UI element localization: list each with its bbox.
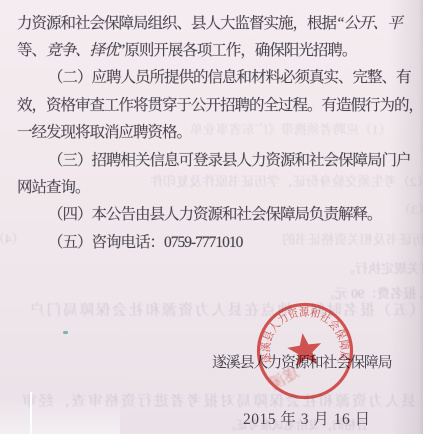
scanned-document-page: （1）应聘者须携带《广东省事业单（2）考生须交验身份证、学历证书原件及复印件（3… — [0, 0, 423, 434]
body-line-2: 等、竞争、择优”原则开展各项工作，确保阳光招聘。 — [17, 38, 356, 60]
bleedthrough-text-3: （3） — [398, 199, 423, 218]
body-text: （二）应聘人员所提供的信息和材料必须真实、完整、有 — [48, 69, 411, 86]
bleedthrough-text-1: （1）应聘者须携带《广东省事业单 — [190, 119, 392, 138]
body-line-1: 力资源和社会保障局组织、县人大监督实施，根据“公开、平 — [17, 11, 402, 33]
body-text: （三）招聘相关信息可登录县人力资源和社会保障局门户 — [48, 152, 411, 169]
official-seal: 遂溪县人力资源和社会保障局 — [251, 297, 359, 405]
body-text: 一经发现将取消应聘资格。 — [17, 124, 191, 141]
body-line-4: 效，资格审查工作将贯穿于公开招聘的全过程。有造假行为的， — [17, 93, 423, 115]
body-line-7: 网站查询。 — [17, 175, 90, 197]
body-text: （四）本公告由县人力资源和社会保障局负责解释。 — [48, 206, 382, 223]
scan-line-artifact — [30, 392, 32, 434]
body-text: 等、 — [17, 42, 46, 59]
emphasized-text: “公开、平 — [336, 15, 402, 32]
body-line-3: （二）应聘人员所提供的信息和材料必须真实、完整、有 — [48, 65, 411, 87]
bleedthrough-text-8: （五）报名时间、地点在县人力资源和社会保障局门户 — [28, 299, 423, 320]
body-line-6: （三）招聘相关信息可登录县人力资源和社会保障局门户 — [48, 148, 411, 170]
body-text: （五）咨询电话：0759-7771010 — [48, 234, 242, 251]
issue-date: 2015 年 3 月 16 日 — [243, 407, 371, 429]
bleedthrough-text-4: （4） — [0, 228, 25, 247]
bleedthrough-text-5: 2. 学历证书及相关资格证书的 — [282, 229, 423, 248]
bleedthrough-text-6: 有关规定执行。 — [342, 258, 423, 277]
ink-dot-artifact — [63, 331, 68, 334]
body-text: 网站查询。 — [17, 179, 90, 196]
body-text: 效，资格审查工作将贯穿于公开招聘的全过程。有造假行为的， — [17, 97, 423, 114]
body-line-5: 一经发现将取消应聘资格。 — [17, 120, 191, 142]
emphasized-text: 竞争、择优 — [46, 42, 119, 59]
body-line-9: （五）咨询电话：0759-7771010 — [48, 230, 242, 252]
body-text: 力资源和社会保障局组织、县人大监督实施，根据 — [17, 15, 336, 32]
bleedthrough-text-2: （2）考生须交验身份证、学历证书原件及复印件 — [150, 171, 423, 190]
body-text: ”原则开展各项工作，确保阳光招聘。 — [119, 42, 357, 59]
body-line-8: （四）本公告由县人力资源和社会保障局负责解释。 — [48, 202, 382, 224]
